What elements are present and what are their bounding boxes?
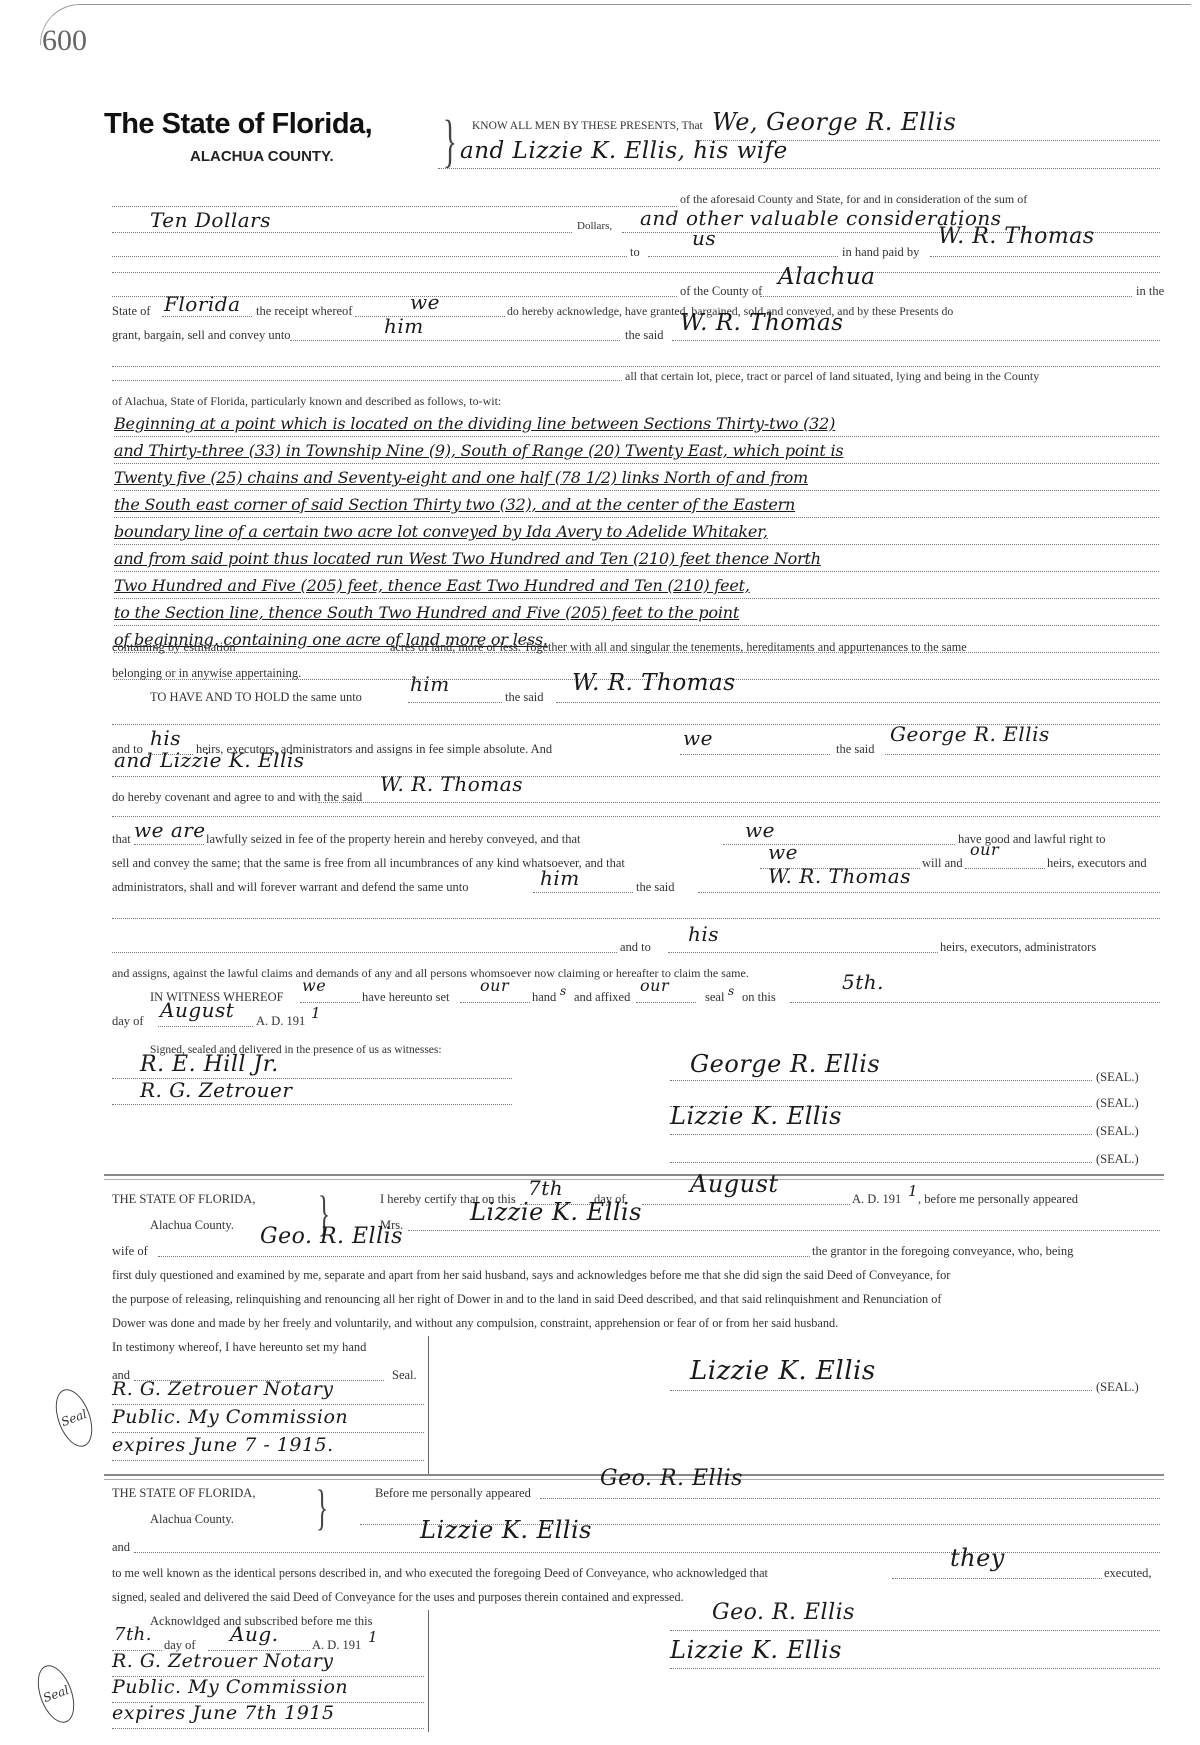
cert2-county: Alachua County. bbox=[150, 1512, 234, 1527]
dollars-label: Dollars, bbox=[577, 220, 612, 232]
heirs-admin-text: heirs, executors, administrators bbox=[940, 940, 1096, 955]
fill-line bbox=[760, 296, 1132, 297]
cert2-month: Aug. bbox=[230, 1622, 278, 1646]
admin-value: him bbox=[540, 866, 580, 890]
fill-line bbox=[556, 702, 1160, 703]
fill-line bbox=[668, 952, 938, 953]
fill-line bbox=[965, 868, 1045, 869]
section-divider bbox=[104, 1174, 1164, 1180]
fill-line bbox=[408, 1230, 1160, 1231]
cert1-para: the purpose of releasing, relinquishing … bbox=[112, 1292, 941, 1307]
fill-line bbox=[723, 844, 955, 845]
seal-label: (SEAL.) bbox=[1096, 1124, 1139, 1139]
grantor-text: the grantor in the foregoing conveyance,… bbox=[812, 1244, 1073, 1259]
admin-text: administrators, shall and will forever w… bbox=[112, 880, 468, 895]
fill-line bbox=[460, 1002, 530, 1003]
fill-line bbox=[636, 1002, 696, 1003]
state-label: State of bbox=[112, 304, 151, 319]
wife-of-label: wife of bbox=[112, 1244, 148, 1259]
signature-george: George R. Ellis bbox=[690, 1050, 880, 1078]
cert2-brace: } bbox=[316, 1482, 328, 1532]
fill-line bbox=[232, 652, 387, 653]
seal-label: (SEAL.) bbox=[1096, 1070, 1139, 1085]
month-value: August bbox=[160, 998, 234, 1022]
notary-line: R. G. Zetrouer Notary bbox=[112, 1650, 334, 1672]
fill-line bbox=[790, 1002, 1160, 1003]
the-said-label: the said bbox=[505, 690, 544, 705]
aforesaid-text: of the aforesaid County and State, for a… bbox=[680, 192, 1027, 207]
bracket-line bbox=[428, 1336, 429, 1474]
county-label: of the County of bbox=[680, 284, 762, 299]
header-brace: } bbox=[443, 112, 457, 170]
cert2-signature: Geo. R. Ellis bbox=[712, 1600, 855, 1625]
fill-line bbox=[112, 952, 617, 953]
notary-line: Public. My Commission bbox=[112, 1676, 348, 1698]
seal-s: s bbox=[728, 984, 735, 998]
seal-label: (SEAL.) bbox=[1096, 1152, 1139, 1167]
description-line: Two Hundred and Five (205) feet, thence … bbox=[114, 572, 1159, 599]
year-value: 1 bbox=[311, 1004, 321, 1022]
signature-line bbox=[670, 1630, 1160, 1631]
hand-s: s bbox=[560, 984, 567, 998]
executed-text: executed, bbox=[1104, 1566, 1152, 1581]
cert1-month: August bbox=[690, 1170, 779, 1198]
cert2-year: 1 bbox=[368, 1628, 378, 1646]
that-label: that bbox=[112, 832, 131, 847]
fill-line bbox=[892, 1578, 1102, 1579]
seal-label: seal bbox=[705, 990, 724, 1005]
grant-label: grant, bargain, sell and convey unto bbox=[112, 328, 291, 343]
estimation-label: containing by estimation bbox=[112, 640, 236, 655]
page-number: 600 bbox=[42, 24, 87, 58]
heirs-exec-text: heirs, executors and bbox=[1047, 856, 1147, 871]
said-label: the said bbox=[836, 742, 875, 757]
fill-line bbox=[112, 1404, 424, 1405]
cert1-year: 1 bbox=[908, 1182, 918, 1200]
cert1-county: Alachua County. bbox=[150, 1218, 234, 1233]
sell-value: we bbox=[768, 840, 798, 864]
day-of-label: day of bbox=[112, 1014, 144, 1029]
cert1-signature: Lizzie K. Ellis bbox=[690, 1356, 876, 1386]
fill-line bbox=[300, 1002, 360, 1003]
iw-value: we bbox=[302, 976, 326, 995]
fill-line bbox=[112, 816, 1160, 817]
fill-line bbox=[158, 1256, 810, 1257]
seized-text: lawfully seized in fee of the property h… bbox=[206, 832, 581, 847]
signature-lizzie: Lizzie K. Ellis bbox=[670, 1102, 842, 1130]
signature-line bbox=[670, 1080, 1092, 1081]
seized-value: we bbox=[745, 818, 775, 842]
bracket-line bbox=[428, 1610, 429, 1732]
and-to-value: his bbox=[150, 726, 181, 750]
description-line: the South east corner of said Section Th… bbox=[114, 491, 1159, 518]
description-line: boundary line of a certain two acre lot … bbox=[114, 518, 1159, 545]
fill-line bbox=[112, 366, 1160, 367]
set-value: our bbox=[480, 976, 509, 995]
before-text: Before me personally appeared bbox=[375, 1486, 531, 1501]
fill-line bbox=[134, 1552, 1160, 1553]
of-alachua-text: of Alachua, State of Florida, particular… bbox=[112, 394, 501, 409]
testimony-text: In testimony whereof, I have hereunto se… bbox=[112, 1340, 366, 1355]
fill-line bbox=[533, 892, 633, 893]
in-the-text: in the bbox=[1136, 284, 1164, 299]
cert1-para: Dower was done and made by her freely an… bbox=[112, 1316, 838, 1331]
description-line: and Thirty-three (33) in Township Nine (… bbox=[114, 437, 1159, 464]
to-have-label: TO HAVE AND TO HOLD the same unto bbox=[150, 690, 362, 705]
will-value: our bbox=[970, 840, 999, 859]
seal-word: Seal. bbox=[392, 1368, 417, 1383]
signature-line bbox=[670, 1390, 1092, 1391]
grantee-value: W. R. Thomas bbox=[572, 670, 736, 696]
page-border bbox=[40, 4, 1191, 45]
receipt-value: we bbox=[410, 290, 440, 314]
grantors-line2: and Lizzie K. Ellis, his wife bbox=[460, 138, 788, 164]
fill-line bbox=[318, 802, 1160, 803]
affixed-label: and affixed bbox=[574, 990, 630, 1005]
unto-value: him bbox=[410, 672, 450, 696]
will-and-label: will and bbox=[922, 856, 963, 871]
to-value: us bbox=[692, 226, 716, 250]
husband-value: Geo. R. Ellis bbox=[260, 1224, 403, 1249]
fill-line bbox=[930, 256, 1160, 257]
ad-label: A. D. 191 bbox=[852, 1192, 901, 1207]
signature-line bbox=[670, 1668, 1160, 1669]
grant-value: him bbox=[384, 314, 424, 338]
cert2-signature: Lizzie K. Ellis bbox=[670, 1636, 842, 1664]
know-all-text: KNOW ALL MEN BY THESE PRESENTS, That bbox=[472, 120, 703, 132]
well-known-text: to me well known as the identical person… bbox=[112, 1566, 768, 1581]
seal-label: (SEAL.) bbox=[1096, 1380, 1139, 1395]
fill-line bbox=[438, 168, 1160, 169]
the-said-label: the said bbox=[625, 328, 664, 343]
fill-line bbox=[112, 232, 572, 233]
that-value: we are bbox=[134, 818, 206, 842]
signature-line bbox=[670, 1162, 1092, 1163]
witness-1: R. E. Hill Jr. bbox=[140, 1052, 279, 1077]
receipt-label: the receipt whereof bbox=[256, 304, 352, 319]
cert2-day: 7th. bbox=[114, 1624, 152, 1645]
paid-by-value: W. R. Thomas bbox=[938, 224, 1095, 249]
witness-2: R. G. Zetrouer bbox=[140, 1078, 292, 1102]
fill-line bbox=[158, 1026, 253, 1027]
fill-line bbox=[162, 316, 252, 317]
document-title: The State of Florida, bbox=[104, 108, 372, 141]
fill-line bbox=[112, 1728, 424, 1729]
cert1-para: first duly questioned and examined by me… bbox=[112, 1268, 950, 1283]
cert1-state: THE STATE OF FLORIDA, bbox=[112, 1192, 255, 1207]
fill-line bbox=[680, 754, 830, 755]
signed-text: signed, sealed and delivered the said De… bbox=[112, 1590, 684, 1605]
fill-line bbox=[290, 340, 620, 341]
description-line: and from said point thus located run Wes… bbox=[114, 545, 1159, 572]
description-line: Beginning at a point which is located on… bbox=[114, 410, 1159, 437]
fill-line bbox=[642, 1204, 850, 1205]
signature-line bbox=[670, 1134, 1092, 1135]
and-to-value: his bbox=[688, 922, 719, 946]
grantee-value: W. R. Thomas bbox=[680, 310, 844, 336]
fill-line bbox=[112, 918, 1160, 919]
fill-line bbox=[112, 1460, 424, 1461]
fill-line bbox=[698, 892, 1160, 893]
fill-line bbox=[355, 316, 505, 317]
deed-document: 600 The State of Florida, ALACHUA COUNTY… bbox=[0, 0, 1200, 1745]
cert2-state: THE STATE OF FLORIDA, bbox=[112, 1486, 255, 1501]
county-title: ALACHUA COUNTY. bbox=[190, 148, 334, 165]
grantor2-value: and Lizzie K. Ellis bbox=[114, 748, 305, 772]
fill-line bbox=[112, 1432, 424, 1433]
description-line: Twenty five (25) chains and Seventy-eigh… bbox=[114, 464, 1159, 491]
and-to-label: and to bbox=[620, 940, 651, 955]
notary-line: R. G. Zetrouer Notary bbox=[112, 1378, 334, 1400]
they-value: they bbox=[950, 1544, 1005, 1572]
fill-line bbox=[885, 754, 1160, 755]
amount-value: Ten Dollars bbox=[150, 208, 271, 232]
fill-line bbox=[540, 1498, 1160, 1499]
county-value: Alachua bbox=[778, 264, 875, 290]
hereunto-label: have hereunto set bbox=[362, 990, 449, 1005]
notary-line: expires June 7 - 1915. bbox=[112, 1434, 334, 1456]
cert1-day: 7th bbox=[528, 1176, 563, 1200]
mrs-value: Lizzie K. Ellis bbox=[470, 1198, 642, 1226]
person1-value: Geo. R. Ellis bbox=[600, 1466, 743, 1491]
paid-by-label: in hand paid by bbox=[842, 245, 919, 260]
and-value: we bbox=[683, 726, 713, 750]
fill-line bbox=[134, 844, 204, 845]
day-value: 5th. bbox=[842, 970, 884, 994]
grantee-value: W. R. Thomas bbox=[768, 864, 911, 888]
ad-label: A. D. 191 bbox=[256, 1014, 305, 1029]
fill-line bbox=[112, 272, 1160, 273]
fill-line bbox=[112, 380, 622, 381]
state-value: Florida bbox=[164, 292, 241, 316]
fill-line bbox=[112, 776, 1160, 777]
description-line: to the Section line, thence South Two Hu… bbox=[114, 599, 1159, 626]
notary-line: expires June 7th 1915 bbox=[112, 1702, 335, 1724]
person2-value: Lizzie K. Ellis bbox=[420, 1516, 592, 1544]
on-this-label: on this bbox=[742, 990, 776, 1005]
hand-label: hand bbox=[532, 990, 556, 1005]
witness-line bbox=[112, 1104, 512, 1105]
fill-line bbox=[112, 206, 677, 207]
notary-seal-stamp: Seal bbox=[49, 1384, 100, 1451]
notary-seal-stamp: Seal bbox=[31, 1660, 82, 1727]
affixed-value: our bbox=[640, 976, 669, 995]
and-label: and bbox=[112, 1540, 130, 1555]
fill-line bbox=[648, 256, 838, 257]
grantor1-value: George R. Ellis bbox=[890, 722, 1050, 746]
covenant-value: W. R. Thomas bbox=[380, 772, 523, 796]
the-said-label: the said bbox=[636, 880, 675, 895]
fill-line bbox=[112, 256, 627, 257]
grantors-line1: We, George R. Ellis bbox=[712, 108, 956, 136]
to-label: to bbox=[630, 245, 640, 260]
fill-line bbox=[408, 702, 502, 703]
belonging-text: belonging or in anywise appertaining. bbox=[112, 666, 301, 681]
acres-text: acres of land, more or less. Together wi… bbox=[390, 640, 967, 655]
before-text: , before me personally appeared bbox=[918, 1192, 1078, 1207]
all-that-text: all that certain lot, piece, tract or pa… bbox=[625, 369, 1039, 384]
seal-label: (SEAL.) bbox=[1096, 1096, 1139, 1111]
notary-line: Public. My Commission bbox=[112, 1406, 348, 1428]
fill-line bbox=[672, 340, 1160, 341]
